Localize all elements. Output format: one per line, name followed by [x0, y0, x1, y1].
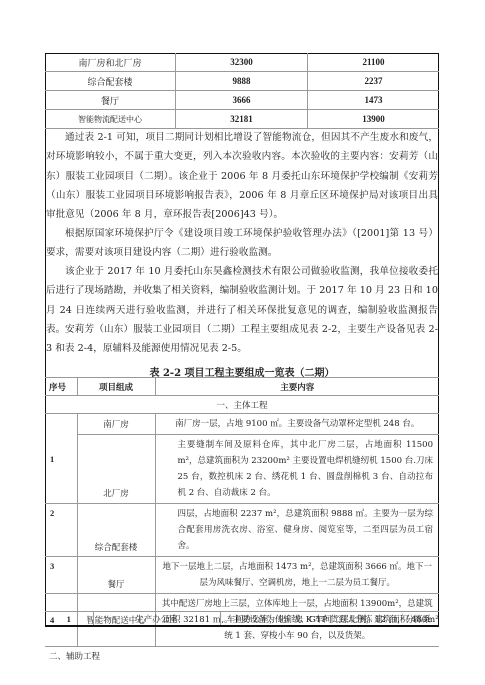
section-row-auxiliary-works: 二、辅助工程: [45, 647, 439, 665]
section-title: 二、辅助工程: [45, 647, 439, 665]
total-area: 32300: [176, 53, 308, 72]
total-area: 32181: [176, 110, 308, 129]
table-row: 餐厅 3666 1473: [45, 91, 439, 110]
section-row-main-works: 一、主体工程: [45, 396, 439, 414]
row-content: 南厂房一层，占地 9100 ㎡。主要设备气动罩杯定型机 248 台。: [155, 414, 439, 435]
table-row: 智能物流配送中心 32181 13900: [45, 110, 439, 129]
header-component: 项目组成: [77, 378, 155, 396]
table-row: 2 综合配套楼 四层，占地面积 2237 m²，总建筑面积 9888 ㎡。主要为…: [45, 504, 439, 557]
row-content: 车间办公室，北厂房 K 车间二层北侧，建筑面积 480m²: [220, 612, 439, 627]
row-seq: 1: [45, 414, 77, 504]
row-component: 生产办公室: [93, 612, 220, 627]
table-row: 北厂房 主要缝制车间及原料仓库，其中北厂房二层，占地面积 11500 m²，总建…: [45, 435, 439, 504]
row-seq: 2: [45, 504, 77, 557]
floor-area: 1473: [308, 91, 440, 110]
table-row: 1 南厂房 南厂房一层，占地 9100 ㎡。主要设备气动罩杯定型机 248 台。: [45, 414, 439, 435]
section-title: 一、主体工程: [45, 396, 439, 414]
building-name: 智能物流配送中心: [45, 110, 176, 129]
paragraph-table-references: 安莉芳（山东）服装工业园项目（二期）工程主要组成见表 2-2，主要生产设备见表 …: [46, 320, 438, 359]
building-name: 餐厅: [45, 91, 176, 110]
total-area: 3666: [176, 91, 308, 110]
paragraph-regulation: 根据原国家环境保护厅令《建设项目竣工环境保护验收管理办法》（[2001]第 13…: [46, 224, 438, 263]
building-name: 综合配套楼: [45, 72, 176, 91]
row-component: 北厂房: [77, 435, 155, 504]
row-component: 南厂房: [77, 414, 155, 435]
row-component: 餐厅: [77, 557, 155, 594]
building-name: 南厂房和北厂房: [45, 53, 176, 72]
floor-area: 13900: [308, 110, 440, 129]
row-component: 综合配套楼: [77, 504, 155, 557]
floor-area: 21100: [308, 53, 440, 72]
floor-area: 2237: [308, 72, 440, 91]
table-row: 综合配套楼 9888 2237: [45, 72, 439, 91]
header-content: 主要内容: [155, 378, 439, 396]
table-row: 3 餐厅 地下一层地上二层，占地面积 1473 m²，总建筑面积 3666 ㎡。…: [45, 557, 439, 594]
table-row: 1 生产办公室 车间办公室，北厂房 K 车间二层北侧，建筑面积 480m²: [45, 612, 439, 627]
table-row: 南厂房和北厂房 32300 21100: [45, 53, 439, 72]
header-seq: 序号: [45, 378, 77, 396]
paragraph-acceptance-scope: 通过表 2-1 可知，项目二期同计划相比增设了智能物流仓，但因其不产生废水和废气…: [46, 128, 438, 224]
row-seq: 3: [45, 557, 77, 594]
area-summary-table: 南厂房和北厂房 32300 21100 综合配套楼 9888 2237 餐厅 3…: [45, 53, 439, 129]
row-content: 四层，占地面积 2237 m²，总建筑面积 9888 ㎡。主要为一层为综合配套用…: [155, 504, 439, 557]
table-header-row: 序号 项目组成 主要内容: [45, 378, 439, 396]
row-content: 地下一层地上二层，占地面积 1473 m²，总建筑面积 3666 ㎡。地下一层为…: [155, 557, 439, 594]
row-seq: 1: [45, 612, 93, 627]
frame-bottom-border: [45, 625, 439, 627]
row-content: 主要缝制车间及原料仓库，其中北厂房二层，占地面积 11500 m²，总建筑面积为…: [155, 435, 439, 504]
auxiliary-works-table: 1 生产办公室 车间办公室，北厂房 K 车间二层北侧，建筑面积 480m²: [45, 611, 439, 626]
total-area: 9888: [176, 72, 308, 91]
